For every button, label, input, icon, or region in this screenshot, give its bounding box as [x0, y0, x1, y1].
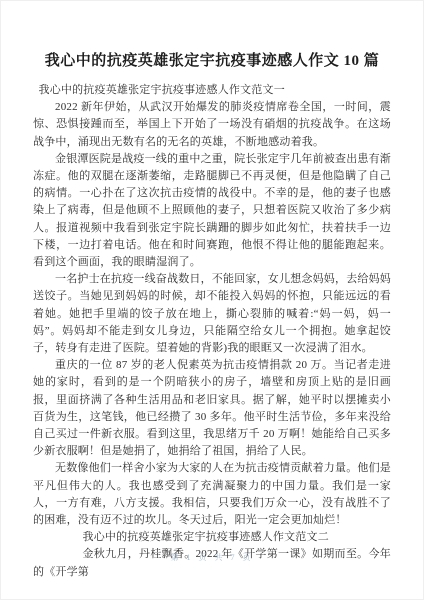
section-1: 我心中的抗疫英雄张定宇抗疫事迹感人作文范文一 2022 新年伊始，从武汉开始爆发… — [33, 82, 391, 529]
paragraph: 2022 新年伊始，从武汉开始爆发的肺炎疫情席卷全国，一时间，震惊、恐惧接踵而至… — [33, 99, 391, 151]
section-heading: 我心中的抗疫英雄张定宇抗疫事迹感人作文范文二 — [33, 529, 391, 546]
paragraph: 重庆的一位 87 岁的老人倪素英为抗击疫情捐款 20 万。当记者走进她的家时，看… — [33, 357, 391, 460]
section-heading: 我心中的抗疫英雄张定宇抗疫事迹感人作文范文一 — [33, 82, 391, 99]
document-title: 我心中的抗疫英雄张定宇抗疫事迹感人作文 10 篇 — [33, 51, 391, 71]
paragraph: 金银潭医院是战疫一线的重中之重，院长张定宇几年前被查出患有渐冻症。他的双腿在逐渐… — [33, 151, 391, 271]
paragraph: 无数像他们一样舍小家为大家的人在为抗击疫情贡献着力量。他们是平凡但伟大的人。我也… — [33, 460, 391, 529]
paragraph: 一名护士在抗疫一线奋战数日，不能回家，女儿想念妈妈，去给妈妈送饺子。当她见到妈妈… — [33, 271, 391, 357]
document-page: 我心中的抗疫英雄张定宇抗疫事迹感人作文 10 篇 我心中的抗疫英雄张定宇抗疫事迹… — [0, 0, 424, 600]
page-number: 第 1 页 共 7 页 — [1, 552, 423, 563]
